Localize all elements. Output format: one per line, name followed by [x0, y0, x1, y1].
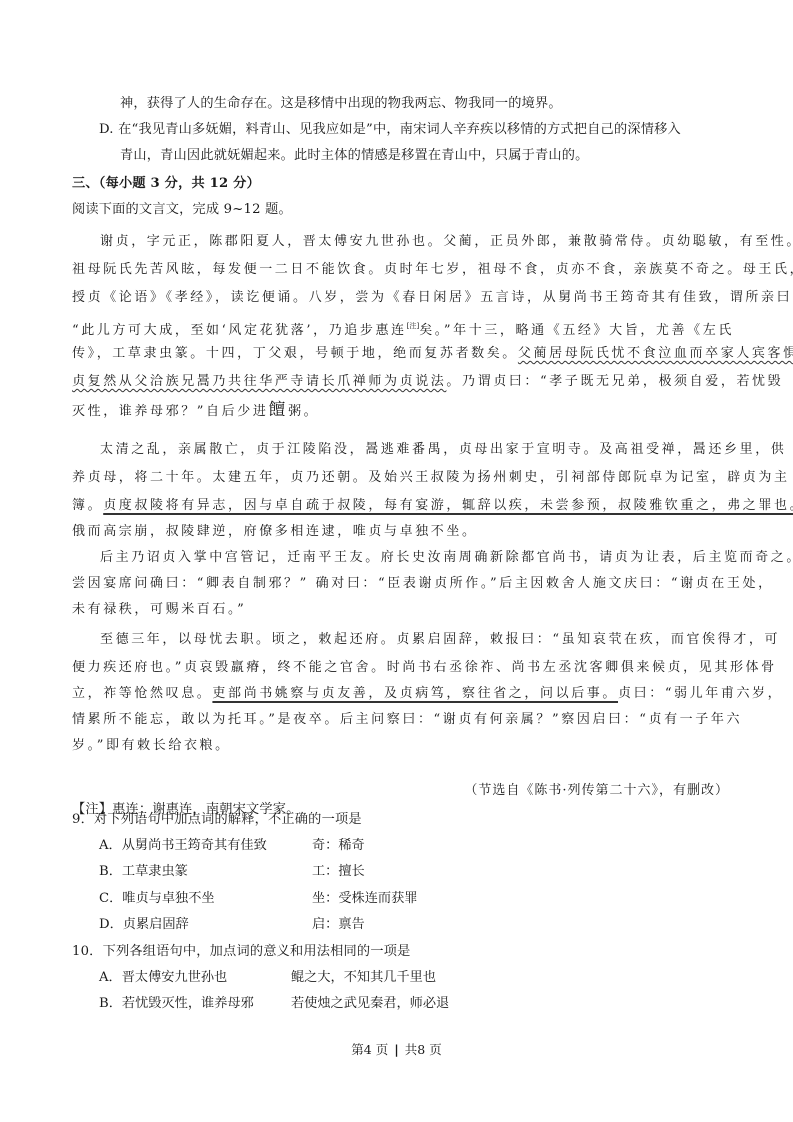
- q10-option-b: B．若忧毁灭性，谁养母邪: [99, 994, 254, 1014]
- passage-p3-line3: 未有禄秩，可赐米百石。”: [72, 600, 246, 620]
- passage-p3-line2: 尝因宴席问确曰：“卿表自制邪？” 确对曰：“臣表谢贞所作。”后主因敕舍人施文庆曰…: [72, 574, 774, 594]
- option-c-continuation: 神，获得了人的生命存在。这是移情中出现的物我两忘、物我同一的境界。: [120, 94, 562, 114]
- exam-page: 神，获得了人的生命存在。这是移情中出现的物我两忘、物我同一的境界。 D. 在“我…: [0, 0, 793, 1122]
- page-footer: 第4 页|共8 页: [0, 1040, 793, 1058]
- q10-option-a: A．晋太傅安九世孙也: [99, 968, 227, 988]
- option-d-text: 在“我见青山多妩媚，料青山、见我应如是”中，南宋词人辛弃疾以移情的方式把自己的深…: [118, 122, 681, 137]
- q9-option-a: A．从舅尚书王筠奇其有佳致: [99, 836, 267, 856]
- section-instruction: 阅读下面的文言文，完成 9~12 题。: [72, 200, 292, 220]
- q9-option-d: D．贞累启固辞: [99, 915, 189, 935]
- passage-p4-line3: 立，祚等怆然叹息。吏部尚书姚察与贞友善，及贞病笃，察往省之，问以后事。贞曰：“弱…: [72, 684, 783, 704]
- page-separator: |: [394, 1042, 399, 1057]
- note-marker: [注]: [407, 322, 419, 330]
- passage-text: 饘: [268, 400, 288, 420]
- q9-option-b-gloss: 工：擅长: [312, 862, 365, 882]
- passage-p3-line1: 后主乃诏贞入掌中宫管记，迁南平王友。府长史汝南周确新除都官尚书，请贞为让表，后主…: [100, 548, 793, 568]
- q9-option-d-gloss: 启：禀告: [312, 915, 365, 935]
- total-pages: 共8 页: [405, 1042, 442, 1057]
- passage-text: 簿。: [72, 498, 103, 513]
- question-9-stem: 9．对下列语句中加点词的解释，不正确的一项是: [72, 810, 362, 830]
- passage-p1-line2: 祖母阮氏先苦风眩，每发便一二日不能饮食。贞时年七岁，祖母不食，贞亦不食，亲族莫不…: [72, 260, 793, 280]
- passage-text: “此儿方可大成，至如‘风定花犹落’，乃追步惠连: [72, 323, 407, 338]
- passage-text: 粥。: [288, 404, 319, 419]
- passage-p1-line7: 灭性，谁养母邪？”自后少进饘粥。: [72, 400, 319, 422]
- passage-p1-line6: 贞复然从父洽族兄暠乃共往华严寺请长爪禅师为贞说法。乃谓贞曰：“孝子既无兄弟，极须…: [72, 372, 783, 392]
- option-d-line2: 青山，青山因此就妩媚起来。此时主体的情感是移置在青山中，只属于青山的。: [120, 146, 589, 166]
- passage-p2-line2: 养贞母，将二十年。太建五年，贞乃还朝。及始兴王叔陵为扬州刺史，引祠部侍郎阮卓为记…: [72, 468, 790, 488]
- passage-p4-line5: 岁。”即有敕长给衣粮。: [72, 736, 231, 756]
- q10-option-b-pair: 若使烛之武见秦君，师必退: [291, 994, 449, 1014]
- q9-option-a-gloss: 奇：稀奇: [312, 836, 365, 856]
- passage-p1-line4: “此儿方可大成，至如‘风定花犹落’，乃追步惠连[注]矣。”年十三，略通《五经》大…: [72, 316, 734, 341]
- q9-option-b: B．工草隶虫篆: [99, 862, 188, 882]
- passage-source: （节选自《陈书·列传第二十六》，有删改）: [464, 781, 729, 801]
- passage-p1-line3: 授贞《论语》《孝经》，读讫便诵。八岁，尝为《春日闲居》五言诗，从舅尚书王筠奇其有…: [72, 288, 793, 308]
- passage-p4-line1: 至德三年，以母忧去职。顷之，敕起还府。贞累启固辞，敕报曰：“虽知哀茕在疚，而官俟…: [100, 630, 780, 650]
- passage-text: 立，祚等怆然叹息。: [72, 686, 212, 701]
- passage-text: 矣。”年十三，略通《五经》大旨，尤善《左氏: [419, 323, 734, 338]
- passage-text: 灭性，谁养母邪？”自后少进: [72, 404, 268, 419]
- option-d-label: D.: [99, 122, 114, 137]
- wavy-underlined-sentence: 父蔺居母阮氏忧不食泣血而卒家人宾客惧: [518, 346, 793, 361]
- option-d-line1: D. 在“我见青山多妩媚，料青山、见我应如是”中，南宋词人辛弃疾以移情的方式把自…: [99, 120, 681, 140]
- passage-p1-line1: 谢贞，字元正，陈郡阳夏人，晋太傅安九世孙也。父蔺，正员外郎，兼散骑常侍。贞幼聪敏…: [100, 232, 793, 252]
- underlined-sentence: 贞度叔陵将有异志，因与卓自疏于叔陵，每有宴游，辄辞以疾，未尝参预，叔陵雅钦重之，…: [103, 498, 793, 513]
- underlined-sentence: 吏部尚书姚察与贞友善，及贞病笃，察往省之，问以后事。: [212, 686, 618, 701]
- passage-p2-line1: 太清之乱，亲属散亡，贞于江陵陷没，暠逃难番禺，贞母出家于宣明寺。及高祖受禅，暠还…: [100, 440, 786, 460]
- q9-option-c: C．唯贞与卓独不坐: [99, 889, 215, 909]
- passage-text: 。乃谓贞曰：“孝子既无兄弟，极须自爱，若忧毁: [446, 374, 783, 389]
- passage-text: 贞曰：“弱儿年甫六岁，: [618, 686, 783, 701]
- passage-p1-line5: 传》，工草隶虫篆。十四，丁父艰，号顿于地，绝而复苏者数矣。父蔺居母阮氏忧不食泣血…: [72, 344, 793, 364]
- section-title: 三、（每小题 3 分，共 12 分）: [72, 174, 260, 194]
- wavy-underlined-sentence: 贞复然从父洽族兄暠乃共往华严寺请长爪禅师为贞说法: [72, 374, 446, 389]
- passage-p2-line3: 簿。贞度叔陵将有异志，因与卓自疏于叔陵，每有宴游，辄辞以疾，未尝参预，叔陵雅钦重…: [72, 496, 793, 516]
- question-10-stem: 10．下列各组语句中，加点词的意义和用法相同的一项是: [72, 942, 410, 962]
- passage-p2-line4: 俄而高宗崩，叔陵肆逆，府僚多相连逮，唯贞与卓独不坐。: [72, 522, 478, 542]
- passage-p4-line2: 便力疾还府也。”贞哀毁羸瘠，终不能之官舍。时尚书右丞徐祚、尚书左丞沈客卿俱来候贞…: [72, 658, 777, 678]
- passage-text: 传》，工草隶虫篆。十四，丁父艰，号顿于地，绝而复苏者数矣。: [72, 346, 518, 361]
- q9-option-c-gloss: 坐：受株连而获罪: [312, 889, 418, 909]
- passage-p4-line4: 情累所不能忘，敢以为托耳。”是夜卒。后主问察曰：“谢贞有何亲属？”察因启曰：“贞…: [72, 710, 742, 730]
- q10-option-a-pair: 鲲之大，不知其几千里也: [291, 968, 436, 988]
- current-page: 第4 页: [351, 1042, 388, 1057]
